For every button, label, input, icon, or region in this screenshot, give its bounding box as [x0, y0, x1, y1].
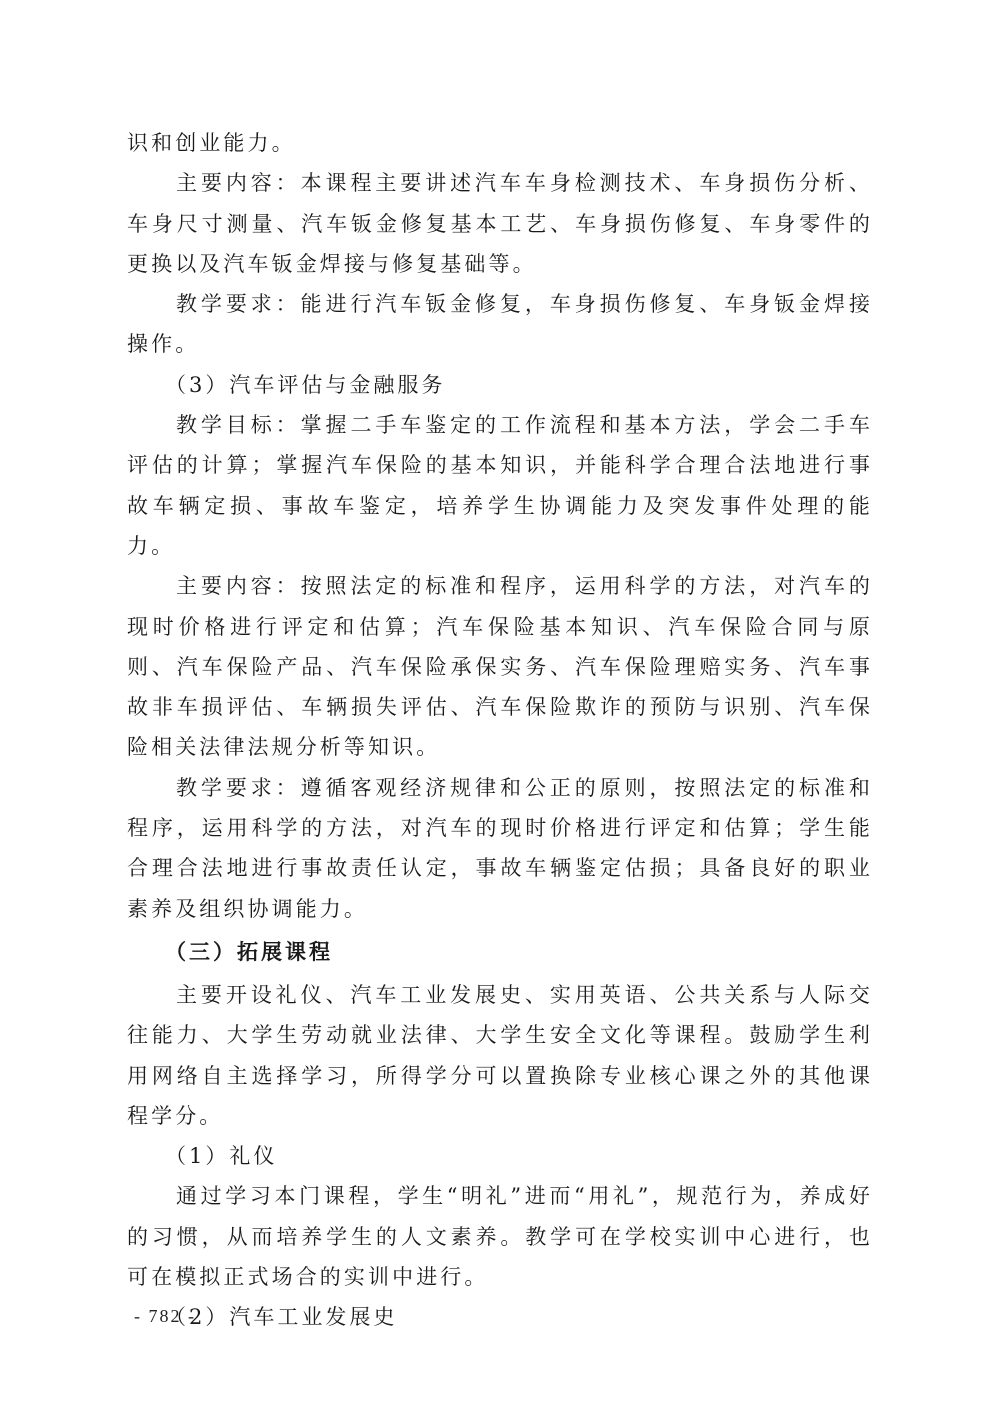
paragraph-continuation: 识和创业能力。 — [127, 123, 873, 163]
paragraph-main-content-sheet-metal: 主要内容：本课程主要讲述汽车车身检测技术、车身损伤分析、车身尺寸测量、汽车钣金修… — [127, 163, 873, 284]
paragraph-teaching-requirements-assessment: 教学要求：遵循客观经济规律和公正的原则，按照法定的标准和程序，运用科学的方法，对… — [127, 768, 873, 929]
body-text: 识和创业能力。 主要内容：本课程主要讲述汽车车身检测技术、车身损伤分析、车身尺寸… — [127, 123, 873, 1338]
page-number: - 782 - — [134, 1306, 196, 1327]
paragraph-etiquette: 通过学习本门课程，学生“明礼”进而“用礼”，规范行为，养成好的习惯，从而培养学生… — [127, 1176, 873, 1297]
paragraph-main-content-assessment: 主要内容：按照法定的标准和程序，运用科学的方法，对汽车的现时价格进行评定和估算；… — [127, 566, 873, 767]
paragraph-teaching-requirements-sheet-metal: 教学要求：能进行汽车钣金修复，车身损伤修复、车身钣金焊接操作。 — [127, 284, 873, 365]
document-page: 识和创业能力。 主要内容：本课程主要讲述汽车车身检测技术、车身损伤分析、车身尺寸… — [0, 0, 1000, 1414]
paragraph-teaching-objectives-assessment: 教学目标：掌握二手车鉴定的工作流程和基本方法，学会二手车评估的计算；掌握汽车保险… — [127, 405, 873, 566]
subheading-vehicle-assessment-finance: （3）汽车评估与金融服务 — [127, 365, 873, 405]
paragraph-extended-courses-overview: 主要开设礼仪、汽车工业发展史、实用英语、公共关系与人际交往能力、大学生劳动就业法… — [127, 975, 873, 1136]
subheading-etiquette: （1）礼仪 — [127, 1136, 873, 1176]
section-heading-extended-courses: （三）拓展课程 — [127, 929, 873, 975]
subheading-auto-industry-history: （2）汽车工业发展史 — [127, 1297, 873, 1337]
